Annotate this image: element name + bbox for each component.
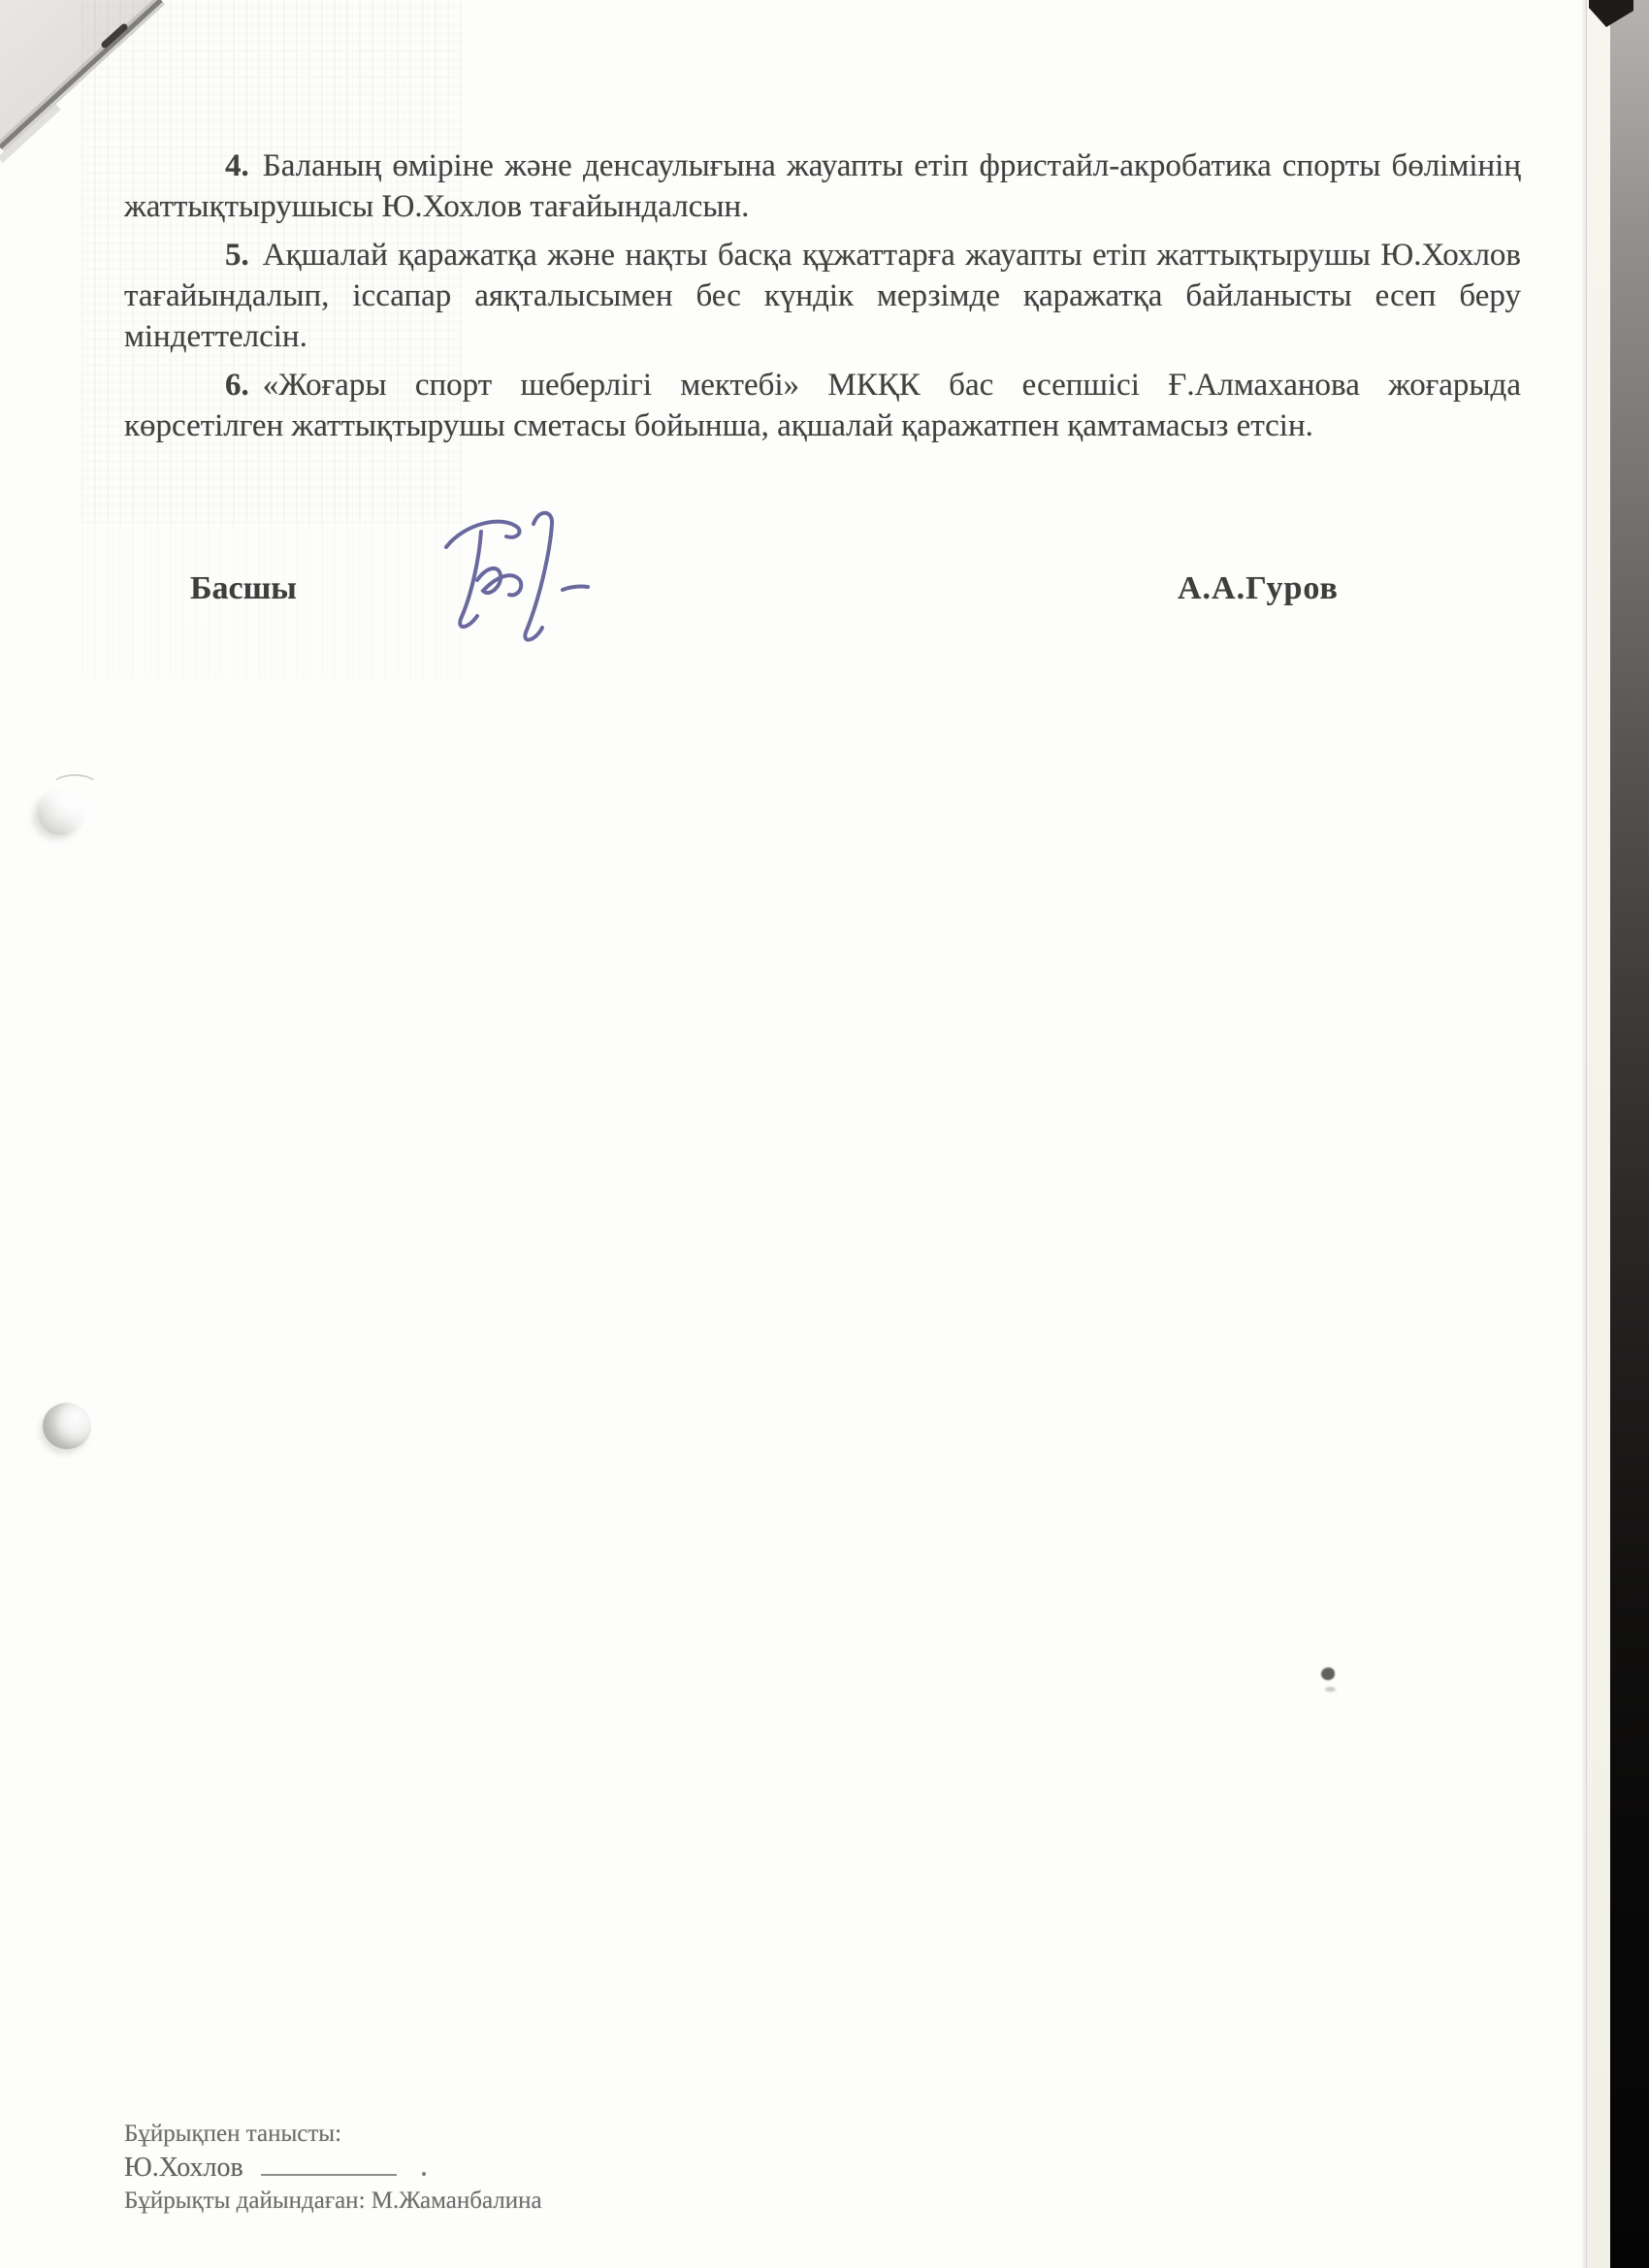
signature-blank-line	[261, 2151, 397, 2176]
top-right-notch-artifact	[1585, 0, 1635, 29]
signatory-title: Басшы	[190, 570, 297, 607]
footer-acquainted-label: Бұйрықпен танысты:	[124, 2119, 803, 2150]
footer-block: Бұйрықпен танысты: Ю.Хохлов Бұйрықты дай…	[124, 2119, 803, 2217]
ink-smudge	[1325, 1687, 1336, 1692]
order-clause-5: 5.Ақшалай қаражатқа және нақты басқа құж…	[124, 235, 1521, 357]
order-body-text: 4.Баланың өміріне және денсаулығына жауа…	[124, 146, 1521, 454]
underlying-page-edge	[1586, 0, 1612, 2268]
clause-text: «Жоғары спорт шеберлігі мектебі» МКҚК ба…	[124, 368, 1521, 443]
order-clause-6: 6.«Жоғары спорт шеберлігі мектебі» МКҚК …	[124, 365, 1521, 446]
clause-number: 6.	[225, 368, 249, 403]
clause-text: Баланың өміріне және денсаулығына жауапт…	[124, 148, 1521, 224]
signatory-name: А.А.Гуров	[1178, 570, 1339, 607]
name-text: Ю.Хохлов	[124, 2153, 243, 2183]
punch-hole-bead-upper	[38, 791, 84, 835]
clause-text: Ақшалай қаражатқа және нақты басқа құжат…	[124, 238, 1521, 354]
clause-number: 4.	[225, 148, 249, 183]
punch-hole-bead-lower	[43, 1403, 91, 1449]
scanner-dark-band	[1610, 0, 1649, 2268]
order-clause-4: 4.Баланың өміріне және денсаулығына жауа…	[124, 146, 1521, 227]
handwritten-signature-icon	[425, 502, 629, 663]
ink-spot	[1321, 1668, 1335, 1680]
clause-number: 5.	[225, 238, 249, 273]
scanned-document-page: 4.Баланың өміріне және денсаулығына жауа…	[0, 0, 1649, 2268]
footer-prepared-by: Бұйрықты дайындаған: М.Жаманбалина	[124, 2186, 803, 2217]
footer-acquainted-name: Ю.Хохлов	[124, 2151, 803, 2184]
artifact-dot	[422, 2172, 426, 2176]
